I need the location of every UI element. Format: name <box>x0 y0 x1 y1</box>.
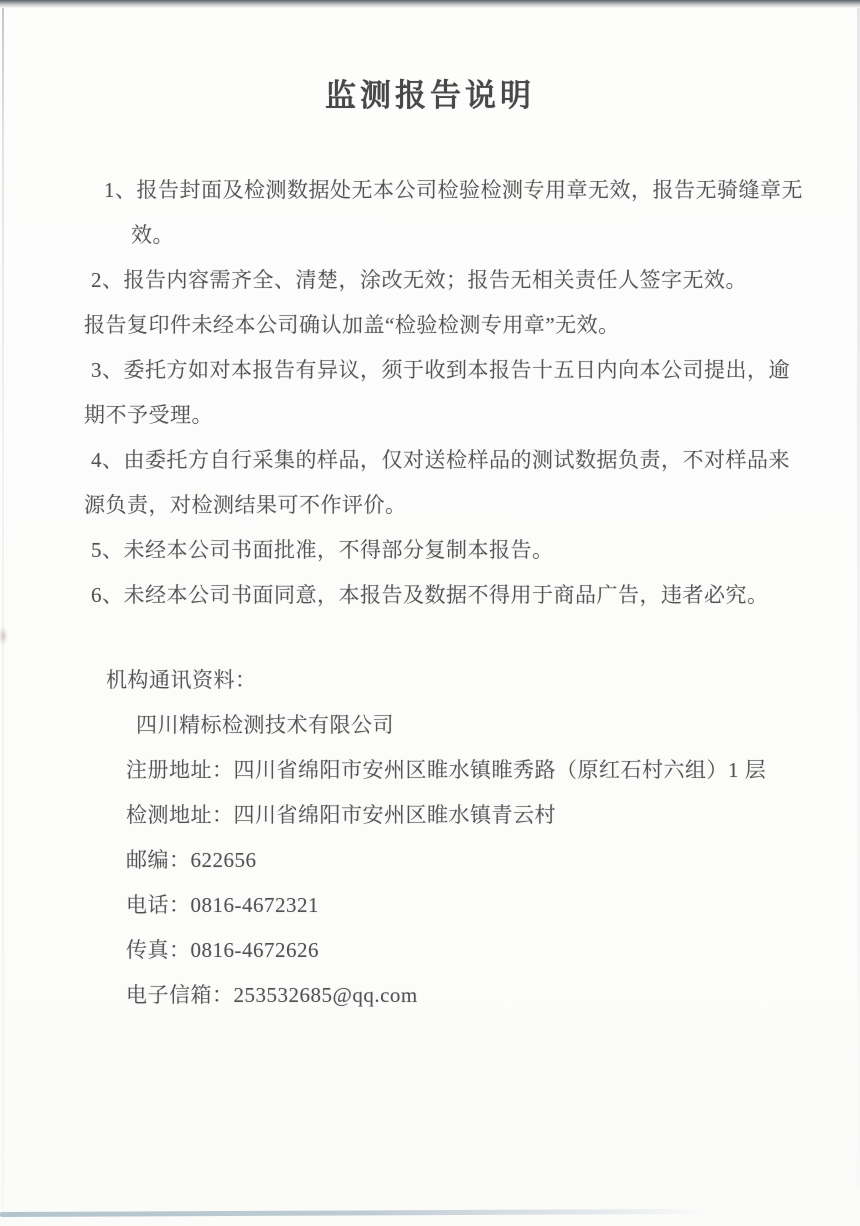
scan-artifact-smudge <box>0 627 8 645</box>
note-4-line-2: 源负责，对检测结果可不作评价。 <box>0 483 860 528</box>
contact-fax: 传真：0816-4672626 <box>0 928 860 973</box>
note-2-line-2: 报告复印件未经本公司确认加盖“检验检测专用章”无效。 <box>0 303 860 348</box>
note-3-line-2: 期不予受理。 <box>0 393 860 438</box>
contact-email: 电子信箱：253532685@qq.com <box>0 973 860 1018</box>
scanned-document-page: 监测报告说明 1、报告封面及检测数据处无本公司检验检测专用章无效，报告无骑缝章无… <box>0 0 860 1226</box>
note-2-line-1: 2、报告内容需齐全、清楚，涂改无效；报告无相关责任人签字无效。 <box>0 258 860 303</box>
document-title: 监测报告说明 <box>0 0 860 116</box>
contact-company-name: 四川精标检测技术有限公司 <box>0 703 860 748</box>
contact-phone: 电话：0816-4672321 <box>0 883 860 928</box>
note-5-line-1: 5、未经本公司书面批准，不得部分复制本报告。 <box>0 528 860 573</box>
contact-heading: 机构通讯资料： <box>0 658 860 703</box>
scan-edge-bottom <box>0 1209 730 1217</box>
note-4-line-1: 4、由委托方自行采集的样品，仅对送检样品的测试数据负责，不对样品来 <box>0 438 860 483</box>
note-3-line-1: 3、委托方如对本报告有异议，须于收到本报告十五日内向本公司提出，逾 <box>0 348 860 393</box>
contact-registered-address: 注册地址：四川省绵阳市安州区睢水镇睢秀路（原红石村六组）1 层 <box>0 748 860 793</box>
note-1-line-1: 1、报告封面及检测数据处无本公司检验检测专用章无效，报告无骑缝章无 <box>0 168 860 213</box>
scan-edge-left <box>2 8 4 1208</box>
note-1-line-2: 效。 <box>0 213 860 258</box>
contact-postal-code: 邮编：622656 <box>0 838 860 883</box>
note-6-line-1: 6、未经本公司书面同意，本报告及数据不得用于商品广告，违者必究。 <box>0 573 860 618</box>
contact-section: 机构通讯资料： 四川精标检测技术有限公司 注册地址：四川省绵阳市安州区睢水镇睢秀… <box>0 658 860 1018</box>
notes-section: 1、报告封面及检测数据处无本公司检验检测专用章无效，报告无骑缝章无 效。 2、报… <box>0 168 860 618</box>
scan-edge-top <box>0 0 860 8</box>
contact-testing-address: 检测地址：四川省绵阳市安州区睢水镇青云村 <box>0 793 860 838</box>
